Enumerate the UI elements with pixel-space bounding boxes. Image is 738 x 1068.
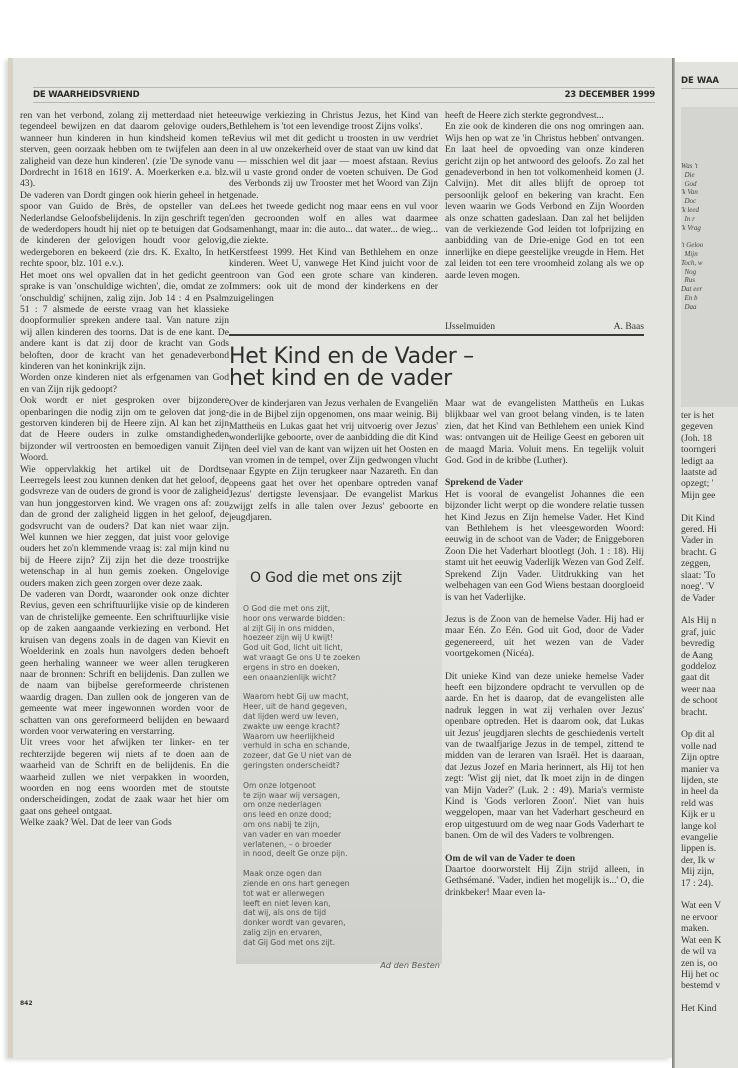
signoff-author: A. Baas [614,321,644,332]
paragraph: De vaderen van Dordt gingen ook hierin g… [20,190,229,270]
paragraph: De vaderen van Dordt, waaronder ook onze… [20,589,229,737]
poem-stanza: Maak onze ogen dan ziende en ons hart ge… [243,869,443,947]
signoff-place: IJsselmuiden [445,321,495,332]
article-body-column: Maar wat de evangelisten Mattheüs en Luk… [445,398,644,898]
article-lead: Over de kinderjaren van Jezus verhalen d… [229,398,438,523]
article-column-1: ren van het verbond, zolang zij metterda… [20,110,229,829]
page-header: DE WAARHEIDSVRIEND 23 DECEMBER 1999 [33,87,655,103]
paragraph: ren van het verbond, zolang zij metterda… [20,110,229,190]
poem-body: O God die met ons zijt, hoor ons verward… [243,604,443,958]
paragraph: Wie oppervlakkig het artikel uit de Dord… [20,464,229,589]
paragraph: Maar wat de evangelisten Mattheüs en Luk… [445,398,644,466]
paragraph: Worden onze kinderen niet als erfgenamen… [20,372,229,395]
issue-date: 23 DECEMBER 1999 [565,90,655,100]
paragraph: Het is vooral de evangelist Johannes die… [445,489,644,603]
article-column-3: heeft de Heere zich sterkte gegrondvest.… [445,110,644,281]
poem-stanza: O God die met ons zijt, hoor ons verward… [243,604,443,682]
paragraph: Daartoe doorworstelt Hij Zijn strijd all… [445,864,644,898]
headline-line-1: Het Kind en de Vader – [229,346,649,368]
poem-stanza: Waarom hebt Gij uw macht, Heer, uit de h… [243,692,443,770]
article-column-2: eeuwige verkiezing in Christus Jezus, he… [229,110,438,304]
headline-line-2: het kind en de vader [229,368,649,390]
paragraph: Kerstfeest 1999. Het Kind van Bethlehem … [229,247,438,304]
paragraph: Jezus is de Zoon van de hemelse Vader. H… [445,614,644,660]
paragraph: Welke zaak? Wel. Dat de leer van Gods [20,817,229,828]
section-divider [229,334,644,336]
page-number: 842 [20,1000,33,1007]
paragraph: Het moet ons wel opvallen dat in het ged… [20,270,229,373]
paragraph: Dit unieke Kind van deze unieke hemelse … [445,671,644,842]
newspaper-page-right: DE WAA Was 't Die God 'k Van Doc 'k leed… [675,62,738,1068]
article-headline: Het Kind en de Vader – het kind en de va… [229,346,649,390]
lead-paragraph: Over de kinderjaren van Jezus verhalen d… [229,398,438,523]
poem-title: O God die met ons zijt [250,570,450,586]
paragraph: Ook wordt er niet gesproken over bijzond… [20,395,229,463]
subheading-om-de-wil: Om de wil van de Vader te doen [445,853,644,864]
paragraph: Revius wil met dit gedicht u troosten in… [229,133,438,201]
paragraph: eeuwige verkiezing in Christus Jezus, he… [229,110,438,133]
publication-name: DE WAARHEIDSVRIEND [33,90,139,100]
right-text-fragment: ter is het gegeven (Joh. 18 toorngeri le… [681,410,738,1015]
article-signoff: IJsselmuiden A. Baas [445,321,644,332]
paragraph: En zie ook de kinderen die ons nog omrin… [445,121,644,281]
poem-stanza: Om onze lotgenoot te zijn waar wij versa… [243,781,443,859]
poem-author: Ad den Besten [340,960,440,970]
paragraph: Uit vrees voor het afwijken ter linker- … [20,737,229,817]
paragraph: Lees het tweede gedicht nog maar eens en… [229,201,438,247]
paragraph: heeft de Heere zich sterkte gegrondvest.… [445,110,644,121]
right-page-header: DE WAA [681,76,738,89]
right-poem-fragment: Was 't Die God 'k Van Doc 'k leed In r '… [681,162,738,312]
subheading-sprekend-de-vader: Sprekend de Vader [445,477,644,488]
